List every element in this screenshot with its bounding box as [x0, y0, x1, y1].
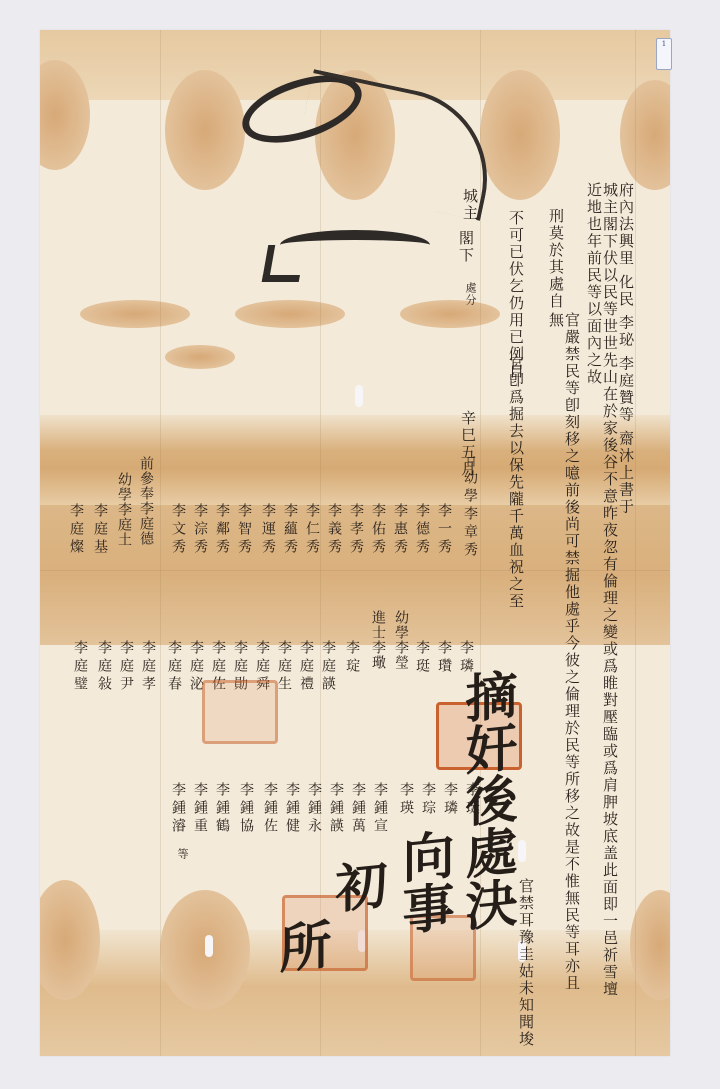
official-seal	[202, 680, 278, 744]
signatory: 李鍾佐	[262, 782, 278, 836]
signatory: 李運秀	[260, 503, 276, 557]
signatory: 李鍾濬	[170, 782, 186, 836]
signatory: 李鍾韺	[328, 782, 344, 836]
body-column-6: 官卽爲掘去以保先隴千萬血祝之至	[508, 355, 524, 610]
signatory: 李鍾重	[192, 782, 208, 836]
signatory: 李庭燦	[68, 503, 84, 557]
signatory: 李一秀	[436, 503, 452, 557]
signatory: 進士李璥	[370, 610, 386, 670]
stain-blob	[80, 300, 190, 328]
signatory: 李佑秀	[370, 503, 386, 557]
stain-blob	[235, 300, 345, 328]
addressee-line: 府內法興里 化民 李珌 李庭贊等 齋沐上書于	[618, 182, 634, 515]
signatory: 李庭韺	[320, 640, 336, 694]
fold-line	[160, 30, 161, 1056]
signatory: 李惠秀	[392, 503, 408, 557]
signatory: 前參奉李庭德	[138, 456, 154, 546]
worm-hole	[355, 385, 363, 407]
signatory: 李鍾永	[306, 782, 322, 836]
signatory: 李庭生	[276, 640, 292, 694]
signatory-suffix: 等	[174, 848, 190, 860]
signatory: 李義秀	[326, 503, 342, 557]
stain-blob	[480, 70, 560, 200]
signatory: 李鍾鶴	[214, 782, 230, 836]
signatory: 李庭孝	[140, 640, 156, 694]
signatory: 李琮	[420, 782, 436, 818]
signatory: 李鍾宣	[372, 782, 388, 836]
signatory: 李淙秀	[192, 503, 208, 557]
signatory: 幼學李瑩	[393, 610, 409, 670]
archive-tag: 1	[656, 38, 672, 70]
disposition-cursive-left: 初	[328, 857, 384, 983]
signatory: 李庭璧	[72, 640, 88, 694]
brush-stroke-hook	[262, 245, 306, 282]
signatory: 李瑛	[398, 782, 414, 818]
signatory: 李珽	[414, 640, 430, 676]
day-label: 日	[462, 456, 478, 468]
signatory: 李琔	[344, 640, 360, 676]
signatory: 李庭禮	[298, 640, 314, 694]
disposition-cursive-mid: 向事	[395, 827, 451, 1013]
body-column-2: 官嚴禁民等卽刻移之噫前後尚可禁掘他處乎今彼之倫理於民等所移之故是不惟無民等耳亦且…	[548, 312, 580, 1002]
signatory: 李庭基	[92, 503, 108, 557]
signatory: 李德秀	[414, 503, 430, 557]
disposition-cursive-right: 摘奸後處決	[458, 667, 514, 1013]
signatory: 李文秀	[170, 503, 186, 557]
signatory: 李庭敍	[96, 640, 112, 694]
signatory: 幼學李庭土	[116, 472, 132, 547]
official-signature: 所	[272, 917, 328, 1013]
worm-hole	[518, 840, 526, 862]
fold-line	[635, 30, 636, 1056]
stain-blob	[165, 70, 245, 190]
signatory: 李庭春	[166, 640, 182, 694]
signatory: 李鍾協	[238, 782, 254, 836]
body-column-1: 城主閣下伏以民等世世先山在於家後谷不意昨夜忽有倫理之變或爲睢對壓臨或爲肩胛坡底盖…	[586, 182, 618, 1002]
body-column-3: 官禁耳豫圭姑未知聞埈	[518, 878, 534, 1048]
signatory: 李鍾萬	[350, 782, 366, 836]
stain-blob	[400, 300, 500, 328]
signatory: 李鄰秀	[214, 503, 230, 557]
body-column-4: 刑莫於其處自	[548, 208, 564, 310]
worm-hole	[205, 935, 213, 957]
signatory: 李蘊秀	[282, 503, 298, 557]
archive-tag-label: 1	[662, 40, 666, 48]
signatory: 李智秀	[236, 503, 252, 557]
salutation-mid: 閣下	[458, 230, 474, 264]
signatory: 李仁秀	[304, 503, 320, 557]
signatory: 李瓚	[436, 640, 452, 676]
signatory: 幼學李章秀	[462, 470, 478, 560]
signatory: 李孝秀	[348, 503, 364, 557]
signatory: 李鍾健	[284, 782, 300, 836]
disposition-label: 處分	[462, 282, 478, 306]
signatory: 李庭尹	[118, 640, 134, 694]
stain-blob	[165, 345, 235, 369]
salutation-top: 城主	[462, 188, 478, 222]
